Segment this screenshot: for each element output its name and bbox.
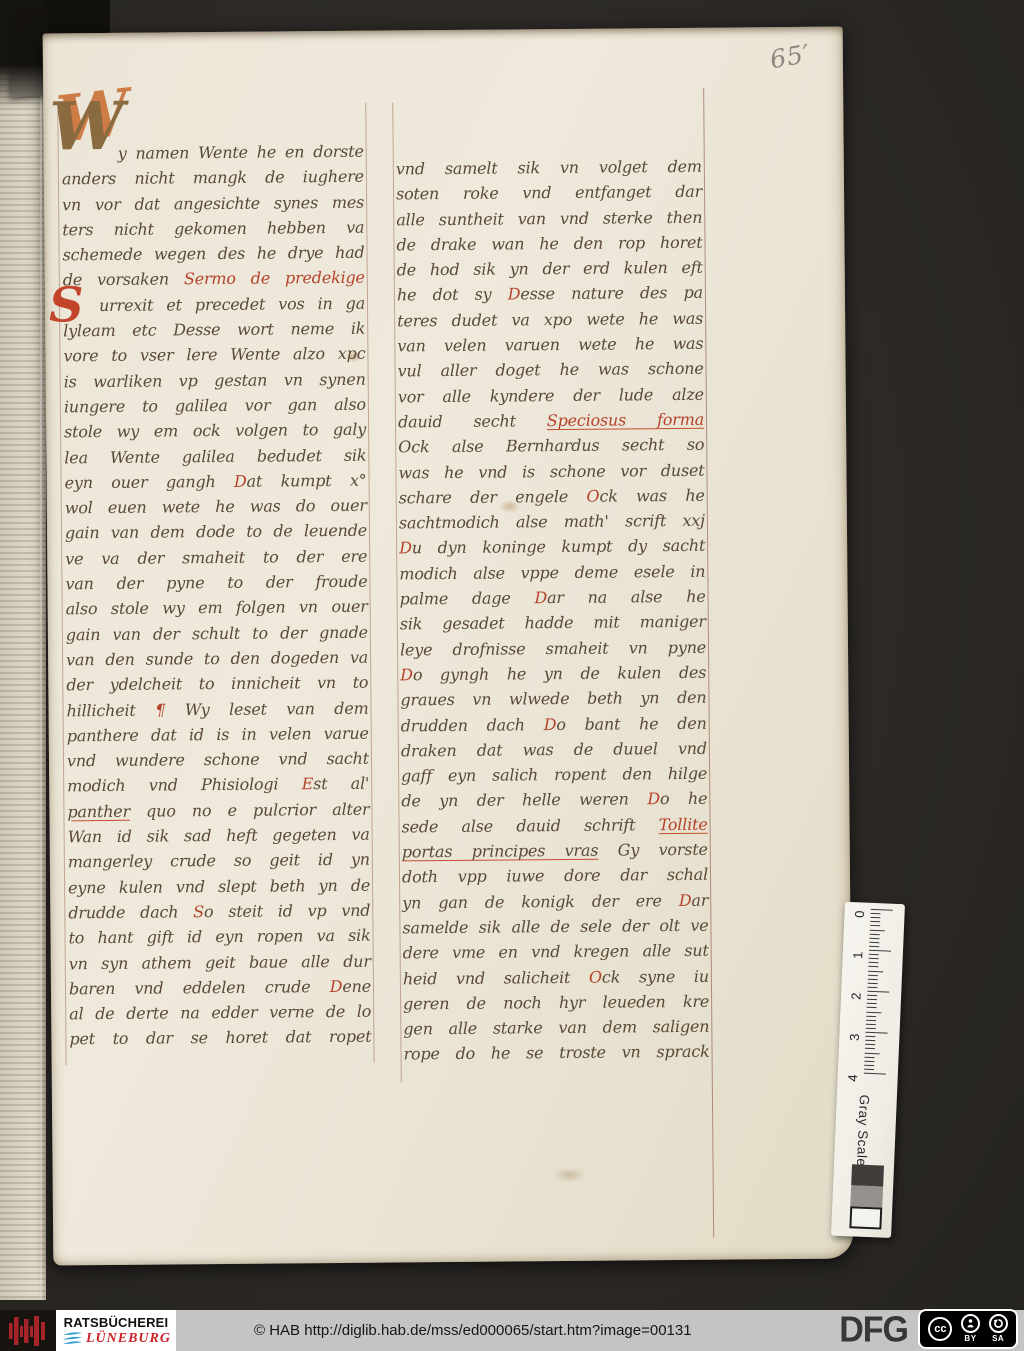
manuscript-line: iungere to galilea vor gan also bbox=[64, 392, 366, 420]
manuscript-line: de hod sik yn der erd kulen eft bbox=[397, 255, 703, 283]
text-column-left: y namen Wente he en dorsteanders nicht m… bbox=[62, 139, 372, 1052]
body-text: dere vme en vnd kregen alle sut bbox=[403, 941, 709, 963]
ruler-tick bbox=[866, 1015, 876, 1016]
body-text: palme dage bbox=[400, 588, 535, 608]
body-text: Wy leset van dem bbox=[165, 698, 369, 719]
manuscript-line: al de derte na edder verne de lo bbox=[69, 999, 371, 1027]
ruler-tick bbox=[866, 1032, 888, 1034]
body-text: wol euen wete he was do ouer bbox=[65, 496, 367, 518]
manuscript-line: pet to dar se horet dat ropet bbox=[69, 1024, 371, 1052]
manuscript-line: vor alle kyndere der lude alze bbox=[398, 381, 704, 409]
manuscript-line: to hant gift id eyn ropen va sik bbox=[68, 923, 370, 951]
body-text: van der pyne to der froude bbox=[65, 572, 367, 594]
body-text: pet to dar se horet dat ropet bbox=[69, 1027, 371, 1049]
rubric-text: D bbox=[330, 977, 343, 996]
ruler-tick bbox=[867, 991, 889, 993]
ruler-tick bbox=[870, 925, 880, 926]
body-text: sachtmodich alse math' scrift xxj bbox=[399, 511, 705, 533]
manuscript-line: sede alse dauid schrift Tollite bbox=[401, 811, 707, 839]
cc-sa-item: SA bbox=[989, 1314, 1008, 1343]
ruler-tick bbox=[866, 1024, 876, 1025]
ruler-tick bbox=[867, 995, 877, 996]
ruler-tick bbox=[868, 962, 878, 963]
body-text: teres dudet va xpo wete he was bbox=[397, 309, 703, 331]
body-text: leye drofnisse smaheit vn pyne bbox=[400, 637, 706, 659]
rubric-text: D bbox=[544, 715, 557, 734]
manuscript-line: geren de noch hyr leueden kre bbox=[403, 989, 709, 1017]
footer-bar: RATSBÜCHEREI LÜNEBURG © HAB http://digli… bbox=[0, 1310, 1024, 1351]
ruler-tick bbox=[871, 913, 881, 914]
ruler-tick bbox=[869, 958, 879, 959]
ruler-tick bbox=[865, 1052, 880, 1054]
rubric-text: D bbox=[679, 890, 692, 909]
ruler-tick bbox=[864, 1069, 874, 1070]
ruler-number: 1 bbox=[850, 945, 866, 960]
body-text: esse nature des pa bbox=[520, 283, 703, 304]
ruler-tick bbox=[870, 933, 880, 934]
manuscript-line: drudde dach So steit id vp vnd bbox=[68, 898, 370, 926]
rubric-text: ¶ bbox=[155, 700, 165, 719]
manuscript-line: gain van der schult to der gnade bbox=[66, 619, 368, 647]
body-text: panther bbox=[67, 802, 130, 822]
body-text: ar na alse he bbox=[547, 587, 706, 607]
ruler-tick bbox=[866, 1019, 876, 1020]
cc-by-label: BY bbox=[964, 1334, 976, 1343]
manuscript-line: modich alse vppe deme esele in bbox=[399, 559, 705, 587]
manuscript-line: rope do he se troste vn sprack bbox=[403, 1039, 709, 1067]
body-text: hillicheit bbox=[66, 700, 155, 720]
measuring-strip: 01234 Gray Scale bbox=[831, 902, 905, 1238]
text-column-right: vnd samelt sik vn volget demsoten roke v… bbox=[396, 154, 710, 1067]
rubric-text: S bbox=[193, 902, 204, 921]
ruler-tick bbox=[868, 966, 878, 967]
manuscript-line: Ock alse Bernhardus secht so bbox=[398, 432, 704, 460]
ruler-tick bbox=[864, 1060, 874, 1061]
body-text: at kumpt x° bbox=[247, 471, 367, 491]
manuscript-line: ters nicht gekomen hebben va bbox=[62, 215, 364, 243]
ruler-number: 2 bbox=[848, 985, 864, 1000]
body-text: heid vnd salicheit bbox=[403, 967, 589, 988]
cm-scale: 01234 bbox=[837, 908, 904, 1088]
manuscript-line: leye drofnisse smaheit vn pyne bbox=[400, 634, 706, 662]
body-text: iungere to galilea vor gan also bbox=[64, 395, 366, 417]
manuscript-line: vnd samelt sik vn volget dem bbox=[396, 154, 702, 182]
manuscript-line: de yn der helle weren Do he bbox=[401, 786, 707, 814]
ruler-number: 4 bbox=[845, 1067, 861, 1082]
body-text: soten roke vnd entfanget dar bbox=[396, 182, 702, 204]
body-text: rope do he se troste vn sprack bbox=[403, 1042, 709, 1064]
manuscript-line: vul aller doget he was schone bbox=[397, 356, 703, 384]
manuscript-line: eyne kulen vnd slept beth yn de bbox=[68, 872, 370, 900]
body-text: vnd wundere schone vnd sacht bbox=[67, 749, 369, 771]
manuscript-line: sik gesadet hadde mit maniger bbox=[400, 609, 706, 637]
body-text: to hant gift id eyn ropen va sik bbox=[68, 926, 370, 948]
manuscript-line: soten roke vnd entfanget dar bbox=[396, 179, 702, 207]
manuscript-line: panthere dat id is in velen varue bbox=[67, 721, 369, 749]
body-text: Gy vorste bbox=[598, 840, 708, 860]
ruler-number: 3 bbox=[847, 1026, 863, 1041]
library-city: LÜNEBURG bbox=[86, 1331, 171, 1347]
manuscript-line: gen alle starke van dem saligen bbox=[403, 1014, 709, 1042]
rubric-text: O bbox=[586, 487, 599, 506]
gray-scale-patches bbox=[849, 1164, 884, 1229]
manuscript-line: baren vnd eddelen crude Dene bbox=[69, 973, 371, 1001]
body-text: Ock alse Bernhardus secht so bbox=[398, 435, 704, 457]
body-text: o bant he den bbox=[556, 713, 707, 733]
manuscript-line: vn vor dat angesichte synes mes bbox=[62, 189, 364, 217]
body-text: o gyngh he yn de kulen des bbox=[413, 663, 707, 685]
ruler-tick bbox=[865, 1048, 875, 1049]
ruler-tick bbox=[868, 974, 878, 975]
manuscript-line: dere vme en vnd kregen alle sut bbox=[403, 938, 709, 966]
rubric-text: D bbox=[534, 588, 547, 607]
body-text: samelde sik alle de sele der olt ve bbox=[402, 916, 708, 938]
cc-sa-arrow-icon bbox=[989, 1314, 1008, 1333]
ruler-tick bbox=[865, 1040, 875, 1041]
body-text: was he vnd is schone vor duset bbox=[398, 460, 704, 482]
body-text: eyn ouer gangh bbox=[64, 472, 234, 492]
luneburg-wave-icon bbox=[61, 1331, 83, 1346]
body-text: gaff eyn salich ropent den hilge bbox=[401, 764, 707, 786]
body-text: he dot sy bbox=[397, 285, 508, 305]
body-text: stole wy em ock volgen to galy bbox=[64, 420, 366, 442]
manuscript-line: anders nicht mangk de iughere bbox=[62, 164, 364, 192]
ruler-tick bbox=[867, 999, 877, 1000]
rubric-text: D bbox=[508, 285, 521, 304]
body-text: vor alle kyndere der lude alze bbox=[398, 384, 704, 406]
body-text: draken dat was de duuel vnd bbox=[401, 739, 707, 761]
manuscript-line: schare der engele Ock was he bbox=[399, 483, 705, 511]
library-name: RATSBÜCHEREI bbox=[64, 1315, 169, 1330]
body-text: doth vpp iuwe dore dar schal bbox=[402, 865, 708, 887]
ruler-tick bbox=[864, 1064, 874, 1065]
manuscript-line: urrexit et precedet vos in ga bbox=[63, 290, 365, 318]
gray-scale-label: Gray Scale bbox=[854, 1094, 872, 1166]
body-text: der ydelcheit to innicheit vn to bbox=[66, 673, 368, 695]
manuscript-line: samelde sik alle de sele der olt ve bbox=[402, 913, 708, 941]
body-text: graues vn wlwede beth yn den bbox=[400, 688, 706, 710]
body-text: ene bbox=[342, 976, 371, 995]
ruler-tick bbox=[864, 1073, 886, 1075]
ruler-tick bbox=[869, 950, 891, 952]
manuscript-line: eyn ouer gangh Dat kumpt x° bbox=[64, 468, 366, 496]
rubric-text: O bbox=[589, 967, 602, 986]
manuscript-line: vore to vser lere Wente alzo xpc bbox=[63, 341, 365, 369]
manuscript-line: alle suntheit van vnd sterke then bbox=[396, 204, 702, 232]
manuscript-line: de vorsaken Sermo de predekige bbox=[63, 265, 365, 293]
body-text: sik gesadet hadde mit maniger bbox=[400, 612, 706, 634]
library-logo: RATSBÜCHEREI LÜNEBURG bbox=[56, 1310, 176, 1351]
ruler-tick bbox=[866, 1028, 876, 1029]
cc-icon: cc bbox=[928, 1317, 952, 1341]
ruler-tick bbox=[865, 1056, 875, 1057]
footer-gray-bar: © HAB http://diglib.hab.de/mss/ed000065/… bbox=[176, 1310, 1024, 1351]
body-text: van velen varuen wete he was bbox=[397, 334, 703, 356]
grayscale-patch-mid-gray bbox=[850, 1185, 883, 1207]
body-text: mangerley crude so geit id yn bbox=[68, 850, 370, 872]
manuscript-line: gain van dem dode to de leuende bbox=[65, 518, 367, 546]
ruler-tick bbox=[867, 1007, 877, 1008]
body-text: vul aller doget he was schone bbox=[398, 359, 704, 381]
manuscript-line: mangerley crude so geit id yn bbox=[68, 847, 370, 875]
manuscript-line: teres dudet va xpo wete he was bbox=[397, 306, 703, 334]
body-text: ar bbox=[691, 890, 708, 909]
body-text: vn vor dat angesichte synes mes bbox=[62, 192, 364, 214]
body-text: eyne kulen vnd slept beth yn de bbox=[68, 875, 370, 897]
rubric-text: Sermo de predekige bbox=[184, 268, 365, 289]
body-text: ters nicht gekomen hebben va bbox=[62, 218, 364, 240]
manuscript-line: sachtmodich alse math' scrift xxj bbox=[399, 508, 705, 536]
body-text: Wan id sik sad heft gegeten va bbox=[68, 825, 370, 847]
ruler-tick bbox=[871, 909, 893, 911]
manuscript-line: palme dage Dar na alse he bbox=[399, 584, 705, 612]
manuscript-line: lyleam etc Desse wort neme ik bbox=[63, 316, 365, 344]
copyright-url: © HAB http://diglib.hab.de/mss/ed000065/… bbox=[254, 1322, 839, 1339]
manuscript-line: de drake wan he den rop horet bbox=[396, 230, 702, 258]
body-text: lyleam etc Desse wort neme ik bbox=[63, 319, 365, 341]
body-text: vore to vser lere Wente alzo xpc bbox=[63, 344, 365, 366]
body-text: gen alle starke van dem saligen bbox=[403, 1017, 709, 1039]
dfg-logo: DFG bbox=[839, 1310, 908, 1351]
manuscript-line: also stole wy em folgen vn ouer bbox=[66, 594, 368, 622]
manuscript-line: hillicheit ¶ Wy leset van dem bbox=[66, 695, 368, 723]
manuscript-line: Do gyngh he yn de kulen des bbox=[400, 660, 706, 688]
grayscale-patch-white bbox=[849, 1206, 882, 1229]
body-text: dauid secht bbox=[398, 411, 547, 431]
body-text: is warliken vp gestan vn synen bbox=[64, 369, 366, 391]
ruler-tick bbox=[870, 921, 880, 922]
ruler-tick bbox=[867, 1003, 877, 1004]
body-text: schare der engele bbox=[399, 487, 587, 508]
cc-by-item: BY bbox=[961, 1314, 980, 1343]
body-text: anders nicht mangk de iughere bbox=[62, 167, 364, 189]
body-text: schemede wegen des he drye had bbox=[62, 243, 364, 265]
parchment-stain bbox=[553, 1167, 587, 1183]
body-text: urrexit et precedet vos in ga bbox=[99, 293, 365, 314]
ruler-tick bbox=[867, 987, 877, 988]
manuscript-line: wol euen wete he was do ouer bbox=[65, 493, 367, 521]
body-text: ve va der smaheit to der ere bbox=[65, 546, 367, 568]
body-text: de drake wan he den rop horet bbox=[396, 233, 702, 255]
body-text: o steit id vp vnd bbox=[204, 901, 370, 921]
body-text: y namen Wente he en dorste bbox=[118, 142, 364, 163]
ruler-tick bbox=[870, 937, 880, 938]
manuscript-line: graues vn wlwede beth yn den bbox=[400, 685, 706, 713]
body-text: geren de noch hyr leueden kre bbox=[403, 992, 709, 1014]
body-text: van den sunde to den dogeden va bbox=[66, 648, 368, 670]
body-text: sede alse dauid schrift bbox=[401, 815, 658, 836]
body-text: modich alse vppe deme esele in bbox=[399, 562, 705, 584]
body-text: de hod sik yn der erd kulen eft bbox=[397, 258, 703, 280]
body-text: u dyn koninge kumpt dy sacht bbox=[412, 536, 706, 558]
ruler-tick bbox=[868, 978, 878, 979]
rubric-text: D bbox=[400, 665, 413, 684]
manuscript-line: van den sunde to den dogeden va bbox=[66, 645, 368, 673]
book-edge-highlight bbox=[40, 0, 42, 1300]
manuscript-line: modich vnd Phisiologi Est al' bbox=[67, 771, 369, 799]
manuscript-line: y namen Wente he en dorste bbox=[62, 139, 364, 167]
manuscript-line: vn syn athem geit baue alle dur bbox=[69, 948, 371, 976]
rubric-text: D bbox=[647, 790, 660, 809]
body-text: baren vnd eddelen crude bbox=[69, 977, 330, 998]
cc-by-person-icon bbox=[961, 1314, 980, 1333]
manuscript-line: heid vnd salicheit Ock syne iu bbox=[403, 963, 709, 991]
manuscript-line: drudden dach Do bant he den bbox=[401, 710, 707, 738]
manuscript-line: lea Wente galilea bedudet sik bbox=[64, 442, 366, 470]
ruler-tick bbox=[865, 1036, 875, 1037]
manuscript-line: Wan id sik sad heft gegeten va bbox=[68, 822, 370, 850]
body-text: gain van dem dode to de leuende bbox=[65, 521, 367, 543]
ruler-tick bbox=[869, 946, 879, 947]
rubric-text: D bbox=[234, 472, 247, 491]
ruler-tick bbox=[868, 983, 878, 984]
manuscript-line: van velen varuen wete he was bbox=[397, 331, 703, 359]
manuscript-line: is warliken vp gestan vn synen bbox=[64, 366, 366, 394]
body-text: panthere dat id is in velen varue bbox=[67, 724, 369, 746]
ruler-tick bbox=[865, 1044, 875, 1045]
body-text: yn gan de konigk der ere bbox=[402, 891, 679, 912]
body-text: al de derte na edder verne de lo bbox=[69, 1002, 371, 1024]
cc-sa-label: SA bbox=[992, 1334, 1004, 1343]
body-text: gain van der schult to der gnade bbox=[66, 622, 368, 644]
body-text: also stole wy em folgen vn ouer bbox=[66, 597, 368, 619]
manuscript-line: draken dat was de duuel vnd bbox=[401, 736, 707, 764]
rubric-text: E bbox=[302, 775, 314, 794]
ruler-number: 0 bbox=[852, 904, 868, 919]
body-text: de yn der helle weren bbox=[401, 790, 647, 811]
body-text: ck syne iu bbox=[602, 966, 709, 986]
ruler-tick bbox=[870, 929, 885, 931]
manuscript-line: portas principes vras Gy vorste bbox=[402, 837, 708, 865]
ruler-tick bbox=[868, 970, 883, 972]
manuscript-line: Du dyn koninge kumpt dy sacht bbox=[399, 533, 705, 561]
manuscript-line: ve va der smaheit to der ere bbox=[65, 543, 367, 571]
rubric-text: Speciosus forma bbox=[547, 410, 704, 430]
body-text: drudde dach bbox=[68, 902, 193, 922]
footer-left-dark bbox=[0, 1310, 56, 1351]
body-text: alle suntheit van vnd sterke then bbox=[396, 207, 702, 229]
ruler-tick bbox=[870, 917, 880, 918]
ratsbuecherei-bars-icon bbox=[8, 1314, 48, 1348]
scanned-manuscript-viewer: W W S y namen Wente he en dorsteanders n… bbox=[0, 0, 1024, 1351]
body-text: vn syn athem geit baue alle dur bbox=[69, 951, 371, 973]
body-text: ck was he bbox=[599, 486, 704, 506]
body-text: modich vnd Phisiologi bbox=[67, 775, 302, 796]
body-text: quo no e pulcrior alter bbox=[130, 799, 370, 820]
manuscript-line: gaff eyn salich ropent den hilge bbox=[401, 761, 707, 789]
ruler-tick bbox=[866, 1011, 881, 1013]
manuscript-line: doth vpp iuwe dore dar schal bbox=[402, 862, 708, 890]
cc-license-badge: cc BY bbox=[918, 1309, 1018, 1349]
body-text: st al' bbox=[313, 774, 369, 793]
body-text: de vorsaken bbox=[63, 270, 184, 290]
body-text: vnd samelt sik vn volget dem bbox=[396, 157, 702, 179]
body-text: drudden dach bbox=[401, 715, 544, 735]
ruler-tick bbox=[869, 942, 879, 943]
ruler-tick bbox=[869, 954, 879, 955]
manuscript-line: panther quo no e pulcrior alter bbox=[67, 796, 369, 824]
rubric-text: Tollite bbox=[659, 814, 708, 833]
grayscale-patch-dark bbox=[851, 1164, 884, 1186]
manuscript-line: schemede wegen des he drye had bbox=[62, 240, 364, 268]
manuscript-line: yn gan de konigk der ere Dar bbox=[402, 887, 708, 915]
manuscript-line: was he vnd is schone vor duset bbox=[398, 457, 704, 485]
body-text: portas principes vras bbox=[402, 841, 599, 862]
manuscript-page: W W S y namen Wente he en dorsteanders n… bbox=[43, 27, 854, 1266]
manuscript-line: vnd wundere schone vnd sacht bbox=[67, 746, 369, 774]
body-text: lea Wente galilea bedudet sik bbox=[64, 445, 366, 467]
manuscript-line: dauid secht Speciosus forma bbox=[398, 407, 704, 435]
manuscript-line: he dot sy Desse nature des pa bbox=[397, 280, 703, 308]
manuscript-line: van der pyne to der froude bbox=[65, 569, 367, 597]
body-text: o he bbox=[660, 789, 708, 808]
manuscript-line: stole wy em ock volgen to galy bbox=[64, 417, 366, 445]
rubric-text: D bbox=[399, 539, 412, 558]
manuscript-line: der ydelcheit to innicheit vn to bbox=[66, 670, 368, 698]
